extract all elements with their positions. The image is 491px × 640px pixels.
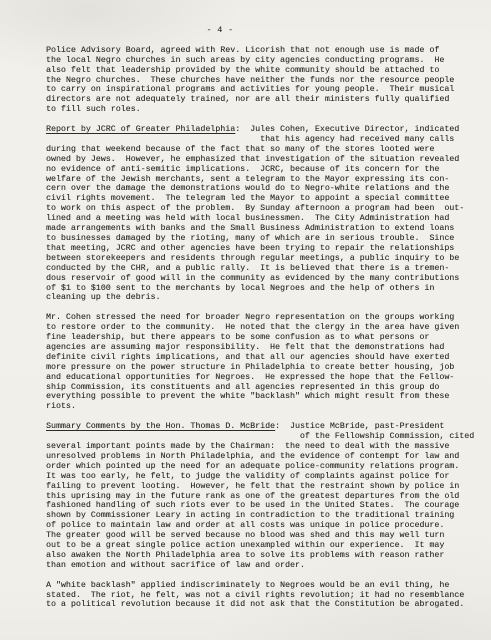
text-line: the Negro churches. These churches have … xyxy=(46,76,476,86)
text-line: order which pointed up the need for an a… xyxy=(46,462,476,472)
text-line: owned by Jews. However, he emphasized th… xyxy=(46,155,476,165)
text-line: the local Negro churches in such areas b… xyxy=(46,56,476,66)
text-line: dous reservoir of good will in the commu… xyxy=(46,274,476,284)
document-body: Police Advisory Board, agreed with Rev. … xyxy=(46,46,476,611)
text-line: to fill such roles. xyxy=(46,105,476,115)
text-line: cern over the damage the demonstrations … xyxy=(46,184,476,194)
text-line: that meeting, JCRC and other agencies ha… xyxy=(46,244,476,254)
text-line: to carry on inspirational programs and a… xyxy=(46,85,476,95)
paragraph: Report by JCRC of Greater Philadelphia: … xyxy=(46,125,476,303)
text-line: made arrangements with banks and the Sma… xyxy=(46,224,476,234)
text-line: fashioned handling of such riots ever to… xyxy=(46,501,476,511)
paragraph: A "white backlash" applied indiscriminat… xyxy=(46,581,476,611)
text-line: failing to prevent looting. However, he … xyxy=(46,482,476,492)
text-line: everything possible to prevent the white… xyxy=(46,392,476,402)
text-line: conducted by the CHR, and a public rally… xyxy=(46,264,476,274)
text-line: shown by Commissioner Leary in acting in… xyxy=(46,511,476,521)
text-line: also awaken the North Philadelphia area … xyxy=(46,551,476,561)
text-line: civil rights movement. The telegram led … xyxy=(46,194,476,204)
text-line: directors are not adequately trained, no… xyxy=(46,95,476,105)
text-line: unresolved problems in North Philadelphi… xyxy=(46,452,476,462)
text-line: and educational opportunities for Negroe… xyxy=(46,373,476,383)
paragraph: Summary Comments by the Hon. Thomas D. M… xyxy=(46,422,476,571)
text-line: agencies are assuming major responsibili… xyxy=(46,343,476,353)
text-line: to businesses damaged by the rioting, ma… xyxy=(46,234,476,244)
text-line: that his agency had received many calls xyxy=(46,135,476,145)
paragraph: Police Advisory Board, agreed with Rev. … xyxy=(46,46,476,115)
text-line: Mr. Cohen stressed the need for broader … xyxy=(46,313,476,323)
text-line: welfare of the Jewish merchants, sent a … xyxy=(46,175,476,185)
text-line: also felt that leadership provided by th… xyxy=(46,66,476,76)
section-heading-continuation: : Justice McBride, past-President xyxy=(275,422,444,431)
text-line: A "white backlash" applied indiscriminat… xyxy=(46,581,476,591)
text-line: of the Fellowship Commission, cited xyxy=(46,432,476,442)
text-line: to restore order to the community. He no… xyxy=(46,323,476,333)
text-line: no evidence of anti-semitic implications… xyxy=(46,165,476,175)
section-heading-continuation: : Jules Cohen, Executive Director, indic… xyxy=(235,125,459,134)
text-line: riots. xyxy=(46,402,476,412)
text-line: of police to maintain law and order at a… xyxy=(46,521,476,531)
text-line: It was too early, he felt, to judge the … xyxy=(46,472,476,482)
section-heading-line: Report by JCRC of Greater Philadelphia: … xyxy=(46,125,476,135)
section-heading: Summary Comments by the Hon. Thomas D. M… xyxy=(46,422,275,431)
text-line: The greater good will be served because … xyxy=(46,531,476,541)
text-line: several important points made by the Cha… xyxy=(46,442,476,452)
text-line: ship Commission, its constituents and al… xyxy=(46,383,476,393)
scanned-document-page: - 4 - Police Advisory Board, agreed with… xyxy=(0,0,491,640)
text-line: of $1 to $100 sent to the merchants by l… xyxy=(46,284,476,294)
page-number: - 4 - xyxy=(18,26,422,36)
text-line: stated. The riot, he felt, was not a civ… xyxy=(46,591,476,601)
text-line: lined and a meeting was held with local … xyxy=(46,214,476,224)
paragraph: Mr. Cohen stressed the need for broader … xyxy=(46,313,476,412)
text-line: Police Advisory Board, agreed with Rev. … xyxy=(46,46,476,56)
text-line: out to be a great single police action u… xyxy=(46,541,476,551)
section-heading-line: Summary Comments by the Hon. Thomas D. M… xyxy=(46,422,476,432)
text-line: between storekeepers and residents throu… xyxy=(46,254,476,264)
text-line: this uprising may in the future rank as … xyxy=(46,492,476,502)
text-line: cleaning up the debris. xyxy=(46,293,476,303)
text-line: during that weekend because of the fact … xyxy=(46,145,476,155)
section-heading: Report by JCRC of Greater Philadelphia xyxy=(46,125,235,134)
text-line: to a political revolution because it did… xyxy=(46,600,476,610)
text-line: definite civil rights implications, and … xyxy=(46,353,476,363)
text-line: fine leadership, but there appears to be… xyxy=(46,333,476,343)
text-line: than emotion and without sacrifice of la… xyxy=(46,561,476,571)
text-line: to work on this aspect of the problem. B… xyxy=(46,204,476,214)
text-line: more pressure on the power structure in … xyxy=(46,363,476,373)
